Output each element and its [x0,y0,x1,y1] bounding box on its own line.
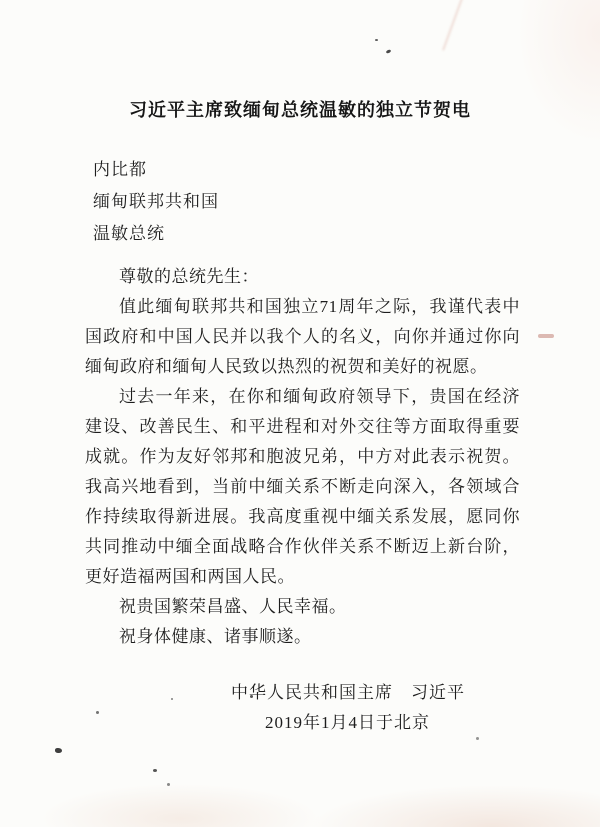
scan-speck [55,748,62,753]
paragraph-1: 值此缅甸联邦共和国独立71周年之际，我谨代表中国政府和中国人民并以我个人的名义，… [85,292,520,382]
recipient-city: 内比都 [93,154,600,186]
signature-block: 中华人民共和国主席 习近平 2019年1月4日于北京 [85,678,520,738]
scan-speck [250,695,253,698]
paragraph-2: 过去一年来，在你和缅甸政府领导下，贵国在经济建设、改善民生、和平进程和对外交往等… [85,382,520,592]
scan-speck [96,711,99,714]
scan-speck [167,783,170,786]
recipient-addressee: 温敏总统 [93,218,600,250]
signature-line: 中华人民共和国主席 习近平 [85,678,520,708]
scan-speck [476,737,479,740]
wish-line-2: 祝身体健康、诸事顺遂。 [85,622,520,652]
scanned-letter-page: 习近平主席致缅甸总统温敏的独立节贺电 内比都 缅甸联邦共和国 温敏总统 尊敬的总… [0,0,600,827]
salutation: 尊敬的总统先生： [85,262,520,292]
wish-line-1: 祝贵国繁荣昌盛、人民幸福。 [85,592,520,622]
paper-crease [442,0,464,51]
scan-speck [153,769,157,772]
recipient-block: 内比都 缅甸联邦共和国 温敏总统 [93,154,600,250]
ink-stain [538,334,554,338]
date-line: 2019年1月4日于北京 [85,708,520,738]
scan-speck [386,49,392,54]
letter-body: 尊敬的总统先生： 值此缅甸联邦共和国独立71周年之际，我谨代表中国政府和中国人民… [85,262,520,738]
scan-speck [171,698,173,700]
scan-speck [375,39,378,41]
recipient-country: 缅甸联邦共和国 [93,186,600,218]
letter-title: 习近平主席致缅甸总统温敏的独立节贺电 [0,96,600,122]
